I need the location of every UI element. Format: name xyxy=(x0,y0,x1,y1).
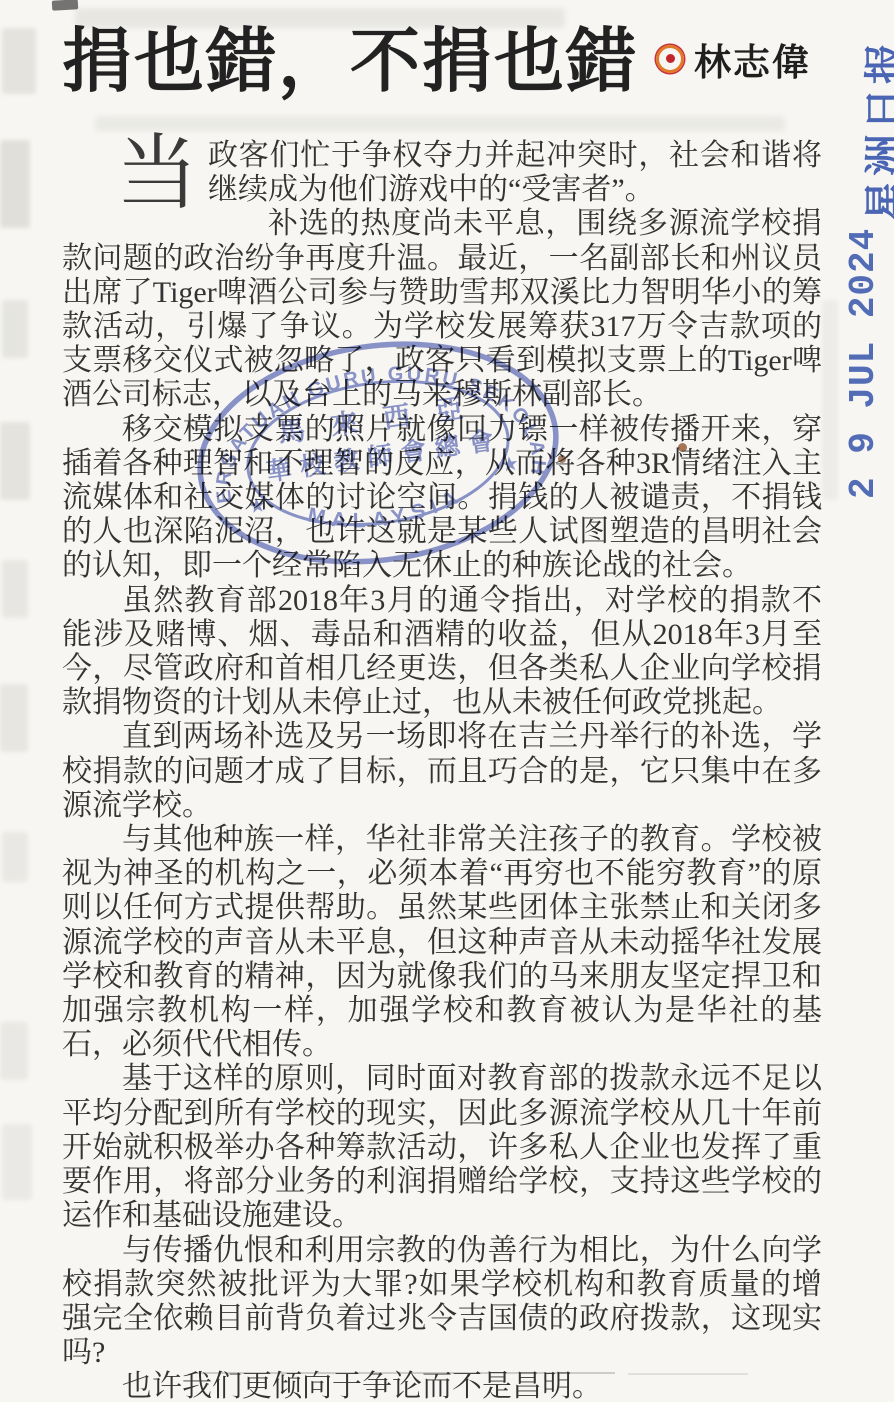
scan-artifact xyxy=(0,140,30,228)
article-paragraph: 也许我们更倾向于争论而不是昌明。 xyxy=(62,1370,822,1402)
article-body: 当政客们忙于争权夺力并起冲突时，社会和谐将继续成为他们游戏中的“受害者”。 补选… xyxy=(62,139,822,1402)
scan-artifact xyxy=(0,1022,28,1080)
article-header: 捐也錯，不捐也錯 林志偉 xyxy=(62,26,811,100)
bullseye-icon xyxy=(656,45,684,73)
scan-artifact xyxy=(2,300,28,358)
scan-artifact xyxy=(0,422,30,500)
article-paragraph: 移交模拟支票的照片就像回力镖一样被传播开来，穿插着各种理智和不理智的反应，从而将… xyxy=(62,413,822,584)
article-paragraph: 基于这样的原则，同时面对教育部的拨款永远不足以平均分配到所有学校的现实，因此多源… xyxy=(62,1062,822,1233)
scan-artifact xyxy=(2,560,28,618)
newspaper-name-stamp: 星洲日报 xyxy=(853,42,894,222)
scan-artifact xyxy=(2,28,36,94)
article-paragraph: 直到两场补选及另一场即将在吉兰丹举行的补选，学校捐款的问题才成了目标，而且巧合的… xyxy=(62,720,822,823)
scan-artifact xyxy=(95,116,785,131)
scan-artifact xyxy=(2,832,28,882)
scan-artifact xyxy=(0,684,28,752)
scan-artifact xyxy=(822,300,838,500)
article-paragraph: 补选的热度尚未平息，围绕多源流学校捐款问题的政治纷争再度升温。最近，一名副部长和… xyxy=(62,207,822,412)
paragraph-text: 政客们忙于争权夺力并起冲突时，社会和谐将继续成为他们游戏中的“受害者”。 xyxy=(208,139,822,206)
author-name: 林志偉 xyxy=(694,32,811,86)
date-stamp: 2 9 JUL 2024 xyxy=(843,231,885,499)
article-paragraph: 虽然教育部2018年3月的通令指出，对学校的捐款不能涉及赌博、烟、毒品和酒精的收… xyxy=(62,584,822,721)
byline: 林志偉 xyxy=(656,32,811,86)
article-title: 捐也錯，不捐也錯 xyxy=(62,26,638,100)
article-paragraph: 当政客们忙于争权夺力并起冲突时，社会和谐将继续成为他们游戏中的“受害者”。 xyxy=(62,139,822,207)
scan-artifact xyxy=(2,1124,32,1200)
article-paragraph: 与其他种族一样，华社非常关注孩子的教育。学校被视为神圣的机构之一，必须本着“再穷… xyxy=(62,823,822,1062)
article-paragraph: 与传播仇恨和利用宗教的伪善行为相比，为什么向学校捐款突然被批评为大罪?如果学校机… xyxy=(62,1234,822,1371)
newspaper-clipping-page: 捐也錯，不捐也錯 林志偉 当政客们忙于争权夺力并起冲突时，社会和谐将继续成为他们… xyxy=(0,0,894,1402)
scan-artifact xyxy=(52,0,78,11)
drop-cap: 当 xyxy=(116,143,198,209)
